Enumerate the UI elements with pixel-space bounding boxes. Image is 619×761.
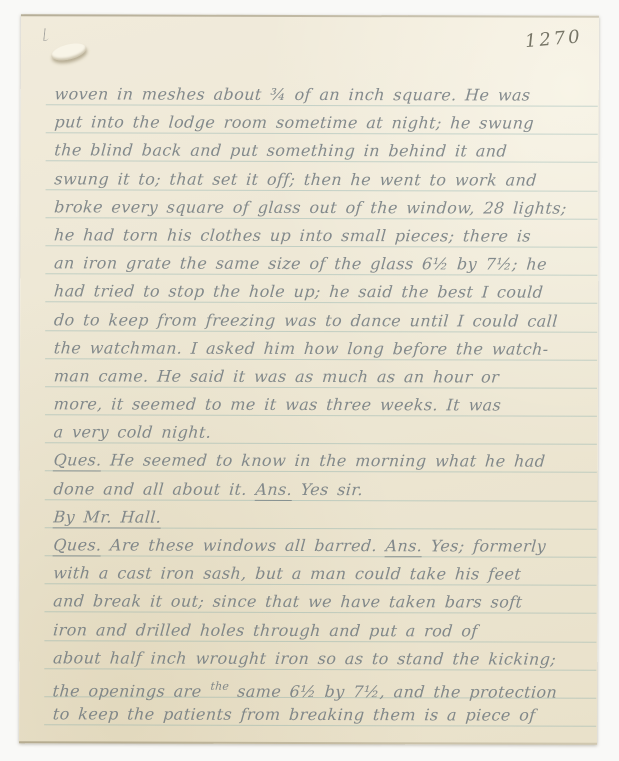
handwriting-segment: Are these windows all barred.	[101, 535, 386, 555]
paper-hole	[50, 40, 89, 63]
handwriting-line: and break it out; since that we have tak…	[52, 585, 596, 615]
underlined-handwriting-segment: Ques.	[53, 451, 103, 472]
handwriting-segment: he had torn his clothes up into small pi…	[54, 225, 532, 245]
handwriting-line: had tried to stop the hole up; he said t…	[53, 275, 597, 305]
handwriting-segment: an iron grate the same size of the glass…	[53, 253, 547, 273]
underlined-handwriting-segment: Ans.	[385, 536, 423, 557]
handwriting-segment: iron and drilled holes through and put a…	[52, 620, 478, 640]
handwriting-line: By Mr. Hall.	[53, 500, 597, 530]
handwriting-segment: and break it out; since that we have tak…	[53, 592, 524, 612]
handwritten-text-block: woven in meshes about ¾ of an inch squar…	[53, 77, 597, 727]
underlined-handwriting-segment: By Mr. Hall.	[53, 507, 162, 528]
handwriting-line: he had torn his clothes up into small pi…	[53, 218, 597, 248]
handwriting-segment: the blind back and put something in behi…	[54, 141, 508, 161]
handwriting-line: man came. He said it was as much as an h…	[53, 359, 597, 389]
handwriting-segment: woven in meshes about ¾ of an inch squar…	[54, 84, 531, 104]
handwriting-line: woven in meshes about ¾ of an inch squar…	[54, 77, 598, 107]
handwriting-segment: the watchman. I asked him how long befor…	[53, 338, 549, 358]
handwriting-line: more, it seemed to me it was three weeks…	[53, 387, 597, 417]
handwriting-segment: with a cast iron sash, but a man could t…	[53, 564, 522, 584]
handwriting-segment: do to keep from freezing was to dance un…	[53, 310, 558, 330]
handwriting-line: done and all about it. Ans. Yes sir.	[53, 472, 597, 502]
handwriting-line: Ques. He seemed to know in the morning w…	[53, 444, 597, 474]
handwriting-line: iron and drilled holes through and put a…	[52, 613, 596, 643]
handwriting-segment: broke every square of glass out of the w…	[54, 197, 568, 217]
handwriting-segment: put into the lodge room sometime at nigh…	[54, 113, 535, 133]
handwriting-line: the watchman. I asked him how long befor…	[53, 331, 597, 361]
handwriting-segment: had tried to stop the hole up; he said t…	[53, 282, 544, 302]
handwriting-segment: Yes; formerly	[422, 536, 547, 555]
handwriting-line: a very cold night.	[53, 416, 597, 446]
page-number: 1270	[524, 26, 583, 52]
handwriting-line: the blind back and put something in behi…	[54, 134, 598, 164]
inserted-word-segment: the	[210, 680, 230, 693]
underlined-handwriting-segment: Ques.	[53, 535, 103, 556]
handwriting-line: an iron grate the same size of the glass…	[53, 246, 597, 276]
handwriting-segment: He seemed to know in the morning what he…	[101, 451, 546, 471]
handwriting-segment: about half inch wrought iron so as to st…	[52, 648, 556, 668]
handwriting-line: with a cast iron sash, but a man could t…	[52, 557, 596, 587]
handwriting-line: the openings are the same 6½ by 7½, and …	[52, 669, 596, 699]
manuscript-page: 1270 woven in meshes about ¾ of an inch …	[19, 14, 599, 745]
handwriting-line: broke every square of glass out of the w…	[53, 190, 597, 220]
scanned-document-background: 1270 woven in meshes about ¾ of an inch …	[0, 0, 619, 761]
handwriting-segment: done and all about it.	[53, 479, 256, 499]
handwriting-segment: Yes sir.	[292, 480, 364, 499]
handwriting-segment: man came. He said it was as much as an h…	[53, 366, 500, 386]
handwriting-segment: to keep the patients from breaking them …	[52, 704, 536, 724]
handwriting-segment: a very cold night.	[53, 423, 212, 442]
handwriting-line: about half inch wrought iron so as to st…	[52, 641, 596, 671]
underlined-handwriting-segment: Ans.	[255, 479, 293, 500]
handwriting-line: Ques. Are these windows all barred. Ans.…	[53, 528, 597, 558]
handwriting-line: put into the lodge room sometime at nigh…	[54, 106, 598, 136]
handwriting-line: swung it to; that set it off; then he we…	[54, 162, 598, 192]
handwriting-segment: swung it to; that set it off; then he we…	[54, 169, 538, 189]
handwriting-segment: more, it seemed to me it was three weeks…	[53, 394, 502, 414]
pencil-tick-mark	[43, 28, 49, 41]
handwriting-line: do to keep from freezing was to dance un…	[53, 303, 597, 333]
handwriting-line: to keep the patients from breaking them …	[52, 697, 596, 727]
